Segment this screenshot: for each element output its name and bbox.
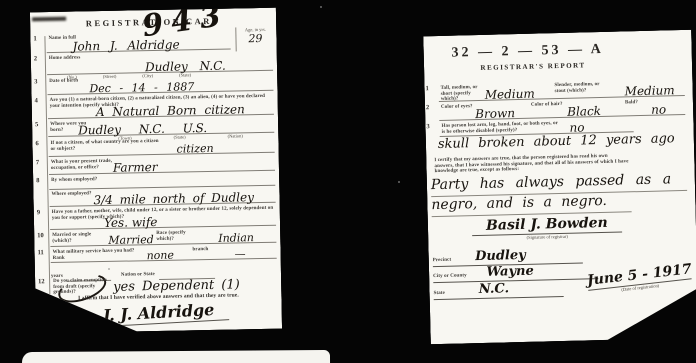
scanned-document-page: REGISTRATION CARD 943 Age, in yrs. 29 1 … — [0, 0, 696, 363]
field-exemption: 12 Do you claim exemption from draft (sp… — [51, 273, 277, 294]
item-number: 8 — [36, 177, 39, 184]
item-number: 1 — [33, 35, 36, 42]
handwritten-value: none — [147, 249, 175, 263]
registration-card: REGISTRATION CARD 943 Age, in yrs. 29 1 … — [30, 8, 282, 334]
handwritten-value: Married — [108, 233, 154, 247]
field-label: Race (specify which)? — [156, 230, 202, 242]
item-number: 4 — [35, 97, 38, 104]
registrars-report-card: 32 — 2 — 53 — A REGISTRAR'S REPORT 1 Tal… — [423, 30, 696, 344]
item-number: 6 — [35, 140, 38, 147]
item-number: 11 — [37, 249, 43, 256]
handwritten-value: — — [234, 247, 245, 260]
registrar-signature-block: Basil J. Bowden (Signature of registrar) — [428, 212, 667, 242]
field-dependents: 9 Have you a father, mother, wife, child… — [50, 204, 276, 230]
item-number: 3 — [426, 123, 429, 130]
field-label: Color of eyes? — [441, 104, 473, 110]
handwritten-value: Indian — [218, 231, 254, 245]
registrant-signature-block: J. J. Aldridge — [36, 301, 282, 327]
field-citizenship: 4 Are you (1) a natural-born citizen, (2… — [48, 92, 274, 119]
field-label: State — [434, 291, 445, 296]
item-number: 2 — [426, 104, 429, 111]
handwritten-value: Medium — [625, 83, 675, 98]
handwritten-value: Medium — [485, 87, 535, 102]
item-number: 7 — [36, 159, 39, 166]
field-home-address: 2 Home address Dudley N.C. (No.) (Street… — [47, 50, 273, 75]
field-name: 1 Name in full John J. Aldridge — [46, 31, 230, 54]
handwritten-value: citizen — [176, 142, 213, 156]
item-number: 3 — [34, 78, 37, 85]
dust-speck — [398, 181, 400, 183]
field-label: Has person lost arm, leg, hand, foot, or… — [441, 121, 559, 135]
report-serial-line: 32 — 2 — 53 — A — [434, 41, 622, 62]
field-label: Home address — [49, 55, 81, 61]
field-label: Bald? — [625, 100, 638, 106]
field-label: Date of birth — [49, 78, 78, 84]
field-label: branch — [192, 247, 208, 253]
field-label: Where employed? — [51, 191, 91, 197]
next-card-edge — [22, 350, 330, 363]
field-label: Have you a father, mother, wife, child u… — [52, 206, 274, 221]
age-box: Age, in yrs. 29 — [235, 27, 274, 52]
state-row: State N.C. — [433, 278, 563, 300]
field-label: City or County — [433, 273, 467, 279]
item-number: 9 — [37, 209, 40, 216]
item-number: 2 — [34, 55, 37, 62]
item-number: 5 — [35, 121, 38, 128]
registration-date-block: June 5 - 1917 (Date of registration) — [586, 261, 692, 295]
field-label: By whom employed? — [51, 177, 97, 183]
field-label: Tall, medium, or short (specify which)? — [440, 85, 482, 103]
handwritten-value: N.C. — [479, 281, 510, 297]
dust-speck — [320, 6, 322, 8]
registrant-signature: J. J. Aldridge — [88, 299, 229, 328]
field-military-service: 11 What military service have you had? R… — [50, 244, 276, 263]
field-label: What is your present trade, occupation, … — [51, 159, 113, 171]
field-label: Slender, medium, or stout (which)? — [554, 82, 600, 94]
handwritten-value: Farmer — [113, 160, 158, 175]
item-number: 10 — [37, 232, 44, 239]
item-number: 1 — [425, 85, 428, 92]
registrars-report-title: REGISTRAR'S REPORT — [424, 60, 642, 73]
handwritten-value: no — [651, 102, 666, 116]
age-value: 29 — [236, 32, 274, 46]
handwritten-value: Black — [567, 104, 601, 119]
field-label: Married or single (which)? — [52, 232, 100, 244]
field-label: Color of hair? — [531, 102, 563, 108]
field-label: Precinct — [433, 258, 452, 263]
field-birthplace: 5 Where were you born? Dudley N.C. U.S. … — [48, 116, 274, 137]
registrar-signature: Basil J. Bowden — [472, 215, 622, 237]
item-number: 12 — [38, 278, 45, 285]
dust-speck — [108, 268, 110, 270]
handwritten-value: Brown — [475, 106, 515, 121]
field-label: What military service have you had? Rank — [53, 248, 145, 261]
field-label: Do you claim exemption from draft (speci… — [53, 278, 111, 296]
field-label: If not a citizen, of what country are yo… — [50, 139, 160, 152]
handwritten-value: Wayne — [486, 264, 534, 280]
handwritten-value: Yes. wife — [104, 215, 158, 230]
